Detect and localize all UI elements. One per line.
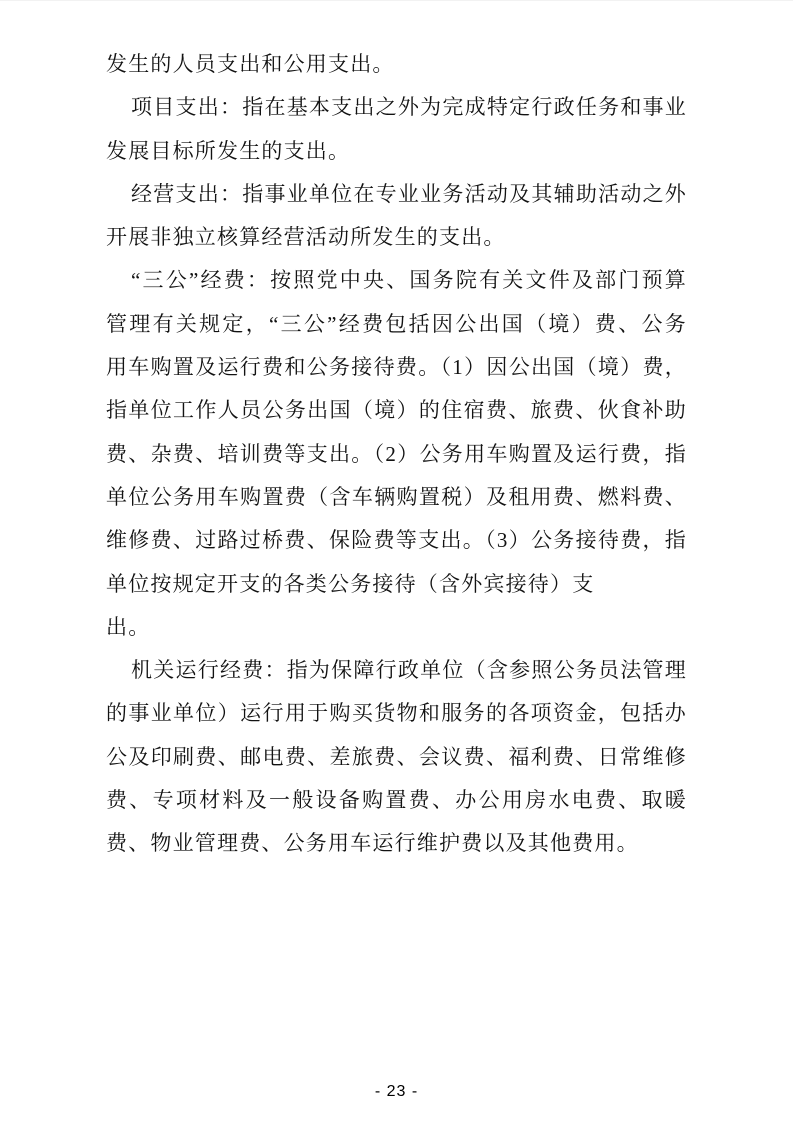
text-line: 开展非独立核算经营活动所发生的支出。 <box>106 216 687 259</box>
text-line: 指单位工作人员公务出国（境）的住宿费、旅费、伙食补助 <box>106 389 687 432</box>
text-line: “三公”经费：按照党中央、国务院有关文件及部门预算 <box>106 259 687 302</box>
text-line: 费、物业管理费、公务用车运行维护费以及其他费用。 <box>106 822 687 865</box>
text-line: 用车购置及运行费和公务接待费。（1）因公出国（境）费， <box>106 346 687 389</box>
page-footer: - 23 - <box>0 1083 793 1107</box>
text-line: 费、专项材料及一般设备购置费、办公用房水电费、取暖 <box>106 779 687 822</box>
text-line: 发展目标所发生的支出。 <box>106 130 687 173</box>
document-page: { "document": { "lines": [ { "text": "发生… <box>0 0 793 1122</box>
page: 发生的人员支出和公用支出。项目支出：指在基本支出之外为完成特定行政任务和事业发展… <box>0 0 793 1122</box>
text-line: 公及印刷费、邮电费、差旅费、会议费、福利费、日常维修 <box>106 736 687 779</box>
text-line: 单位公务用车购置费（含车辆购置税）及租用费、燃料费、 <box>106 476 687 519</box>
text-line: 经营支出：指事业单位在专业业务活动及其辅助活动之外 <box>106 173 687 216</box>
text-line: 机关运行经费：指为保障行政单位（含参照公务员法管理 <box>106 649 687 692</box>
text-line: 管理有关规定，“三公”经费包括因公出国（境）费、公务 <box>106 303 687 346</box>
text-line: 单位按规定开支的各类公务接待（含外宾接待）支 <box>106 563 687 606</box>
text-line: 维修费、过路过桥费、保险费等支出。（3）公务接待费，指 <box>106 519 687 562</box>
text-line: 项目支出：指在基本支出之外为完成特定行政任务和事业 <box>106 86 687 129</box>
page-number: - 23 - <box>375 1083 418 1100</box>
text-line: 费、杂费、培训费等支出。（2）公务用车购置及运行费，指 <box>106 433 687 476</box>
text-line: 出。 <box>106 606 687 649</box>
document-body: 发生的人员支出和公用支出。项目支出：指在基本支出之外为完成特定行政任务和事业发展… <box>106 43 687 866</box>
text-line: 发生的人员支出和公用支出。 <box>106 43 687 86</box>
text-line: 的事业单位）运行用于购买货物和服务的各项资金，包括办 <box>106 692 687 735</box>
